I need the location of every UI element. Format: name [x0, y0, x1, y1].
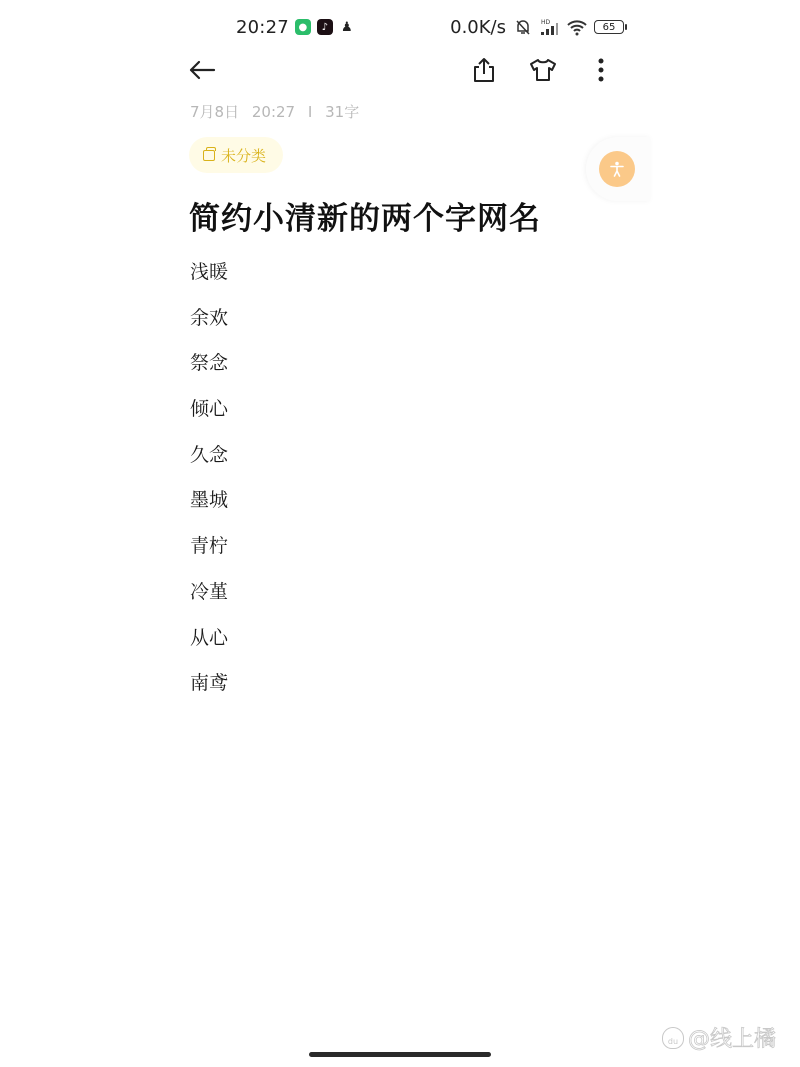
note-line: 从心: [190, 623, 228, 669]
accessibility-float: [586, 137, 650, 201]
watermark-text: @线上橘: [688, 1022, 776, 1053]
theme-button[interactable]: [525, 52, 561, 88]
note-line: 久念: [190, 440, 228, 486]
wifi-icon: [566, 18, 588, 36]
meta-separator: I: [308, 103, 312, 121]
share-button[interactable]: [466, 52, 502, 88]
note-title[interactable]: 简约小清新的两个字网名: [189, 193, 541, 238]
toolbar: [188, 52, 616, 88]
mute-bell-icon: [514, 18, 532, 36]
category-chip[interactable]: 未分类: [189, 137, 283, 173]
tshirt-theme-icon: [529, 57, 557, 83]
status-left: 20:27 ● ♪ ♟: [236, 17, 355, 38]
note-line: 青柠: [190, 531, 228, 577]
network-speed: 0.0K/s: [450, 17, 506, 38]
note-time: 20:27: [252, 103, 295, 121]
home-indicator[interactable]: [309, 1052, 491, 1057]
battery-indicator: 65: [594, 20, 624, 34]
back-arrow-icon: [187, 58, 217, 82]
status-right: 0.0K/s HD 65: [450, 17, 624, 38]
tiktok-icon: ♪: [317, 19, 333, 35]
accessibility-icon: [610, 161, 624, 177]
note-line: 祭念: [190, 348, 228, 394]
baidu-paw-icon: du: [662, 1027, 684, 1049]
more-vertical-icon: [597, 57, 605, 83]
hd-signal-icon: HD: [538, 18, 560, 36]
svg-text:HD: HD: [541, 19, 551, 26]
note-line: 浅暖: [190, 257, 228, 303]
back-button[interactable]: [184, 52, 220, 88]
qq-icon: ♟: [339, 19, 355, 35]
note-meta: 7月8日 20:27 I 31字: [190, 101, 367, 122]
note-line: 倾心: [190, 394, 228, 440]
clock: 20:27: [236, 17, 289, 38]
status-bar: 20:27 ● ♪ ♟ 0.0K/s HD 65: [236, 14, 624, 40]
watermark: du @线上橘: [662, 1022, 776, 1053]
word-count: 31字: [325, 103, 359, 121]
note-line: 余欢: [190, 303, 228, 349]
more-button[interactable]: [583, 52, 619, 88]
note-body[interactable]: 浅暖 余欢 祭念 倾心 久念 墨城 青柠 冷堇 从心 南鸢: [190, 257, 228, 714]
share-icon: [471, 56, 497, 84]
note-line: 南鸢: [190, 668, 228, 714]
folder-icon: [203, 150, 215, 161]
note-date: 7月8日: [190, 103, 239, 121]
accessibility-button[interactable]: [599, 151, 635, 187]
category-label: 未分类: [221, 145, 266, 166]
note-line: 冷堇: [190, 577, 228, 623]
wechat-icon: ●: [295, 19, 311, 35]
note-line: 墨城: [190, 485, 228, 531]
